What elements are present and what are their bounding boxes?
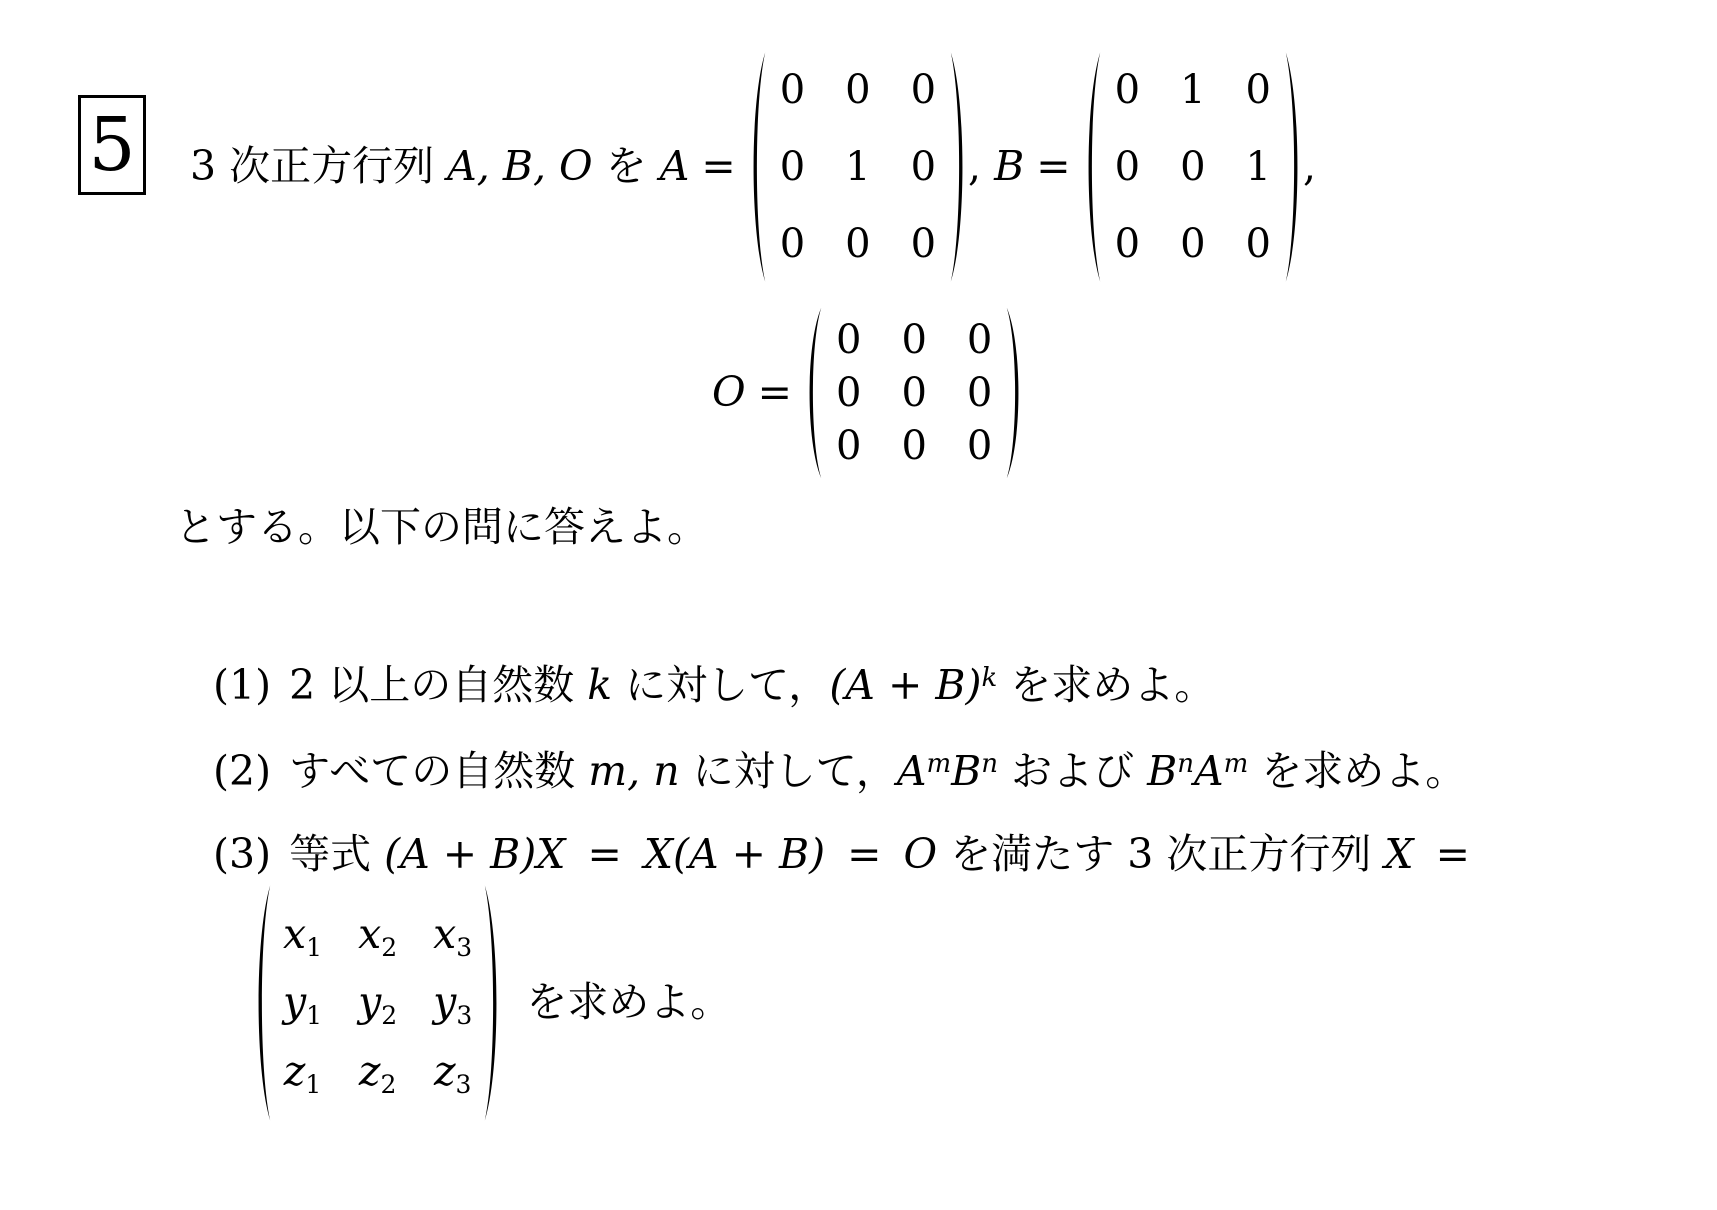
matrix-o-entries: 000000000 [824,306,1004,480]
definition-line: 3 次正方行列 A, B, O を A=000010000, B=0100010… [190,50,1316,284]
question-2-text: および [998,747,1147,795]
paren-right [482,883,502,1123]
intro-particle: を [593,141,660,192]
question-2: (2)すべての自然数 m, n に対して，AmBn および BnAm を求めよ。 [213,746,1466,797]
equals-sign: = [1036,141,1070,192]
var-b: B [1147,747,1177,795]
question-2-text: すべての自然数 [289,747,588,795]
matrix-cell: 0 [836,373,861,413]
entry-subscript: 1 [305,1070,321,1099]
expr-ab-x: (A + B)X [384,830,565,878]
matrix-cell: 0 [836,320,861,360]
matrix-cell: 0 [967,320,992,360]
matrix-cell: 0 [1115,70,1140,110]
matrix-cell: 0 [911,147,936,187]
entry-subscript: 3 [456,933,472,962]
x-matrix-tail-text: を求めよ。 [526,977,731,1028]
matrix-cell: 0 [901,426,926,466]
entry-base: x [283,910,306,958]
vars-m-n: m, n [588,747,679,795]
paren-left [253,883,273,1123]
matrix-o-name: O [712,367,746,418]
paren-left [1083,50,1103,284]
matrix-b: 010001000 [1083,50,1303,284]
matrix-cell: 0 [1180,224,1205,264]
matrix-cell: 0 [1115,147,1140,187]
entry-base: x [433,910,456,958]
entry-subscript: 3 [456,1070,472,1099]
entry-subscript: 2 [380,1070,396,1099]
var-a: A [1194,747,1224,795]
matrix-b-entries: 010001000 [1103,50,1283,284]
matrix-a-name: A [660,141,690,192]
matrix-o: 000000000 [804,306,1024,480]
equals-sign: = [758,367,792,418]
entry-subscript: 1 [306,1001,322,1030]
question-1-label: (1) [213,661,271,709]
entry-base: z [284,1047,306,1095]
question-2-text: に対して， [680,747,897,795]
var-x: X [1384,830,1413,878]
closing-sentence: とする。以下の問に答えよ。 [175,502,708,553]
intro-variables: A, B, O [447,141,592,192]
matrix-cell: 0 [967,426,992,466]
matrix-cell: 1 [1246,147,1271,187]
x-matrix-block: x1x2x3y1y2y3z1z2z3を求めよ。 [253,883,731,1123]
exponent-k: k [981,663,997,693]
matrix-cell: 0 [780,147,805,187]
paren-right [1283,50,1303,284]
expr-x-ab: X(A + B) [644,830,825,878]
matrix-cell: y3 [433,977,472,1028]
matrix-cell: 0 [911,224,936,264]
equals-sign: = [701,141,735,192]
question-3-text: 等式 [289,830,384,878]
question-1: (1)2 以上の自然数 k に対して，(A + B)k を求めよ。 [213,660,1215,711]
question-1-text: を求めよ。 [997,661,1215,709]
equals-sign: = [587,830,621,878]
matrix-cell: 0 [1180,147,1205,187]
matrix-cell: 0 [845,224,870,264]
equals-sign: = [847,830,881,878]
entry-base: x [358,910,381,958]
separator-comma: , [968,141,994,192]
matrix-cell: x2 [358,909,397,960]
problem-number-box: 5 [78,95,146,195]
matrix-cell: 0 [845,70,870,110]
matrix-cell: 0 [780,70,805,110]
entry-subscript: 2 [381,1001,397,1030]
o-definition-line: O=000000000 [712,306,1024,480]
question-3: (3)等式 (A + B)X=X(A + B)=O を満たす 3 次正方行列 X… [213,829,1492,880]
matrix-cell: x1 [283,909,322,960]
matrix-cell: 1 [1180,70,1205,110]
matrix-cell: z3 [434,1046,472,1097]
matrix-cell: 0 [780,224,805,264]
expr-a-plus-b: (A + B) [829,661,981,709]
matrix-cell: 0 [967,373,992,413]
question-3-label: (3) [213,830,271,878]
entry-base: z [434,1047,456,1095]
entry-base: y [283,978,306,1026]
matrix-a-entries: 000010000 [768,50,948,284]
matrix-cell: y2 [358,977,397,1028]
matrix-cell: x3 [433,909,472,960]
question-1-text: 2 以上の自然数 [289,661,587,709]
question-2-label: (2) [213,747,271,795]
paren-left [748,50,768,284]
entry-subscript: 3 [456,1001,472,1030]
question-1-text: に対して， [612,661,829,709]
paren-right [948,50,968,284]
matrix-b-name: B [994,141,1024,192]
var-k: k [587,661,612,709]
problem-number: 5 [88,102,135,188]
entry-subscript: 1 [306,933,322,962]
equals-sign: = [1436,830,1470,878]
exponent-n: n [981,749,998,779]
exponent-n: n [1177,749,1194,779]
paren-right [1004,306,1024,480]
matrix-cell: 0 [1115,224,1140,264]
matrix-cell: 0 [1246,224,1271,264]
entry-base: z [359,1047,381,1095]
matrix-cell: 0 [911,70,936,110]
entry-base: y [358,978,381,1026]
var-a: A [897,747,927,795]
matrix-cell: z1 [284,1046,322,1097]
var-o: O [904,830,938,878]
matrix-a: 000010000 [748,50,968,284]
matrix-cell: 0 [901,320,926,360]
matrix-cell: 0 [836,426,861,466]
exam-page: 5 3 次正方行列 A, B, O を A=000010000, B=01000… [0,0,1717,1210]
matrix-x-entries: x1x2x3y1y2y3z1z2z3 [273,883,482,1123]
question-3-text: を満たす 3 次正方行列 [937,830,1384,878]
matrix-cell: y1 [283,977,322,1028]
exponent-m: m [926,749,951,779]
var-b: B [951,747,981,795]
entry-base: y [433,978,456,1026]
matrix-cell: 0 [1246,70,1271,110]
matrix-cell: 0 [901,373,926,413]
intro-text: 3 次正方行列 [190,141,447,192]
exponent-m: m [1224,749,1249,779]
trailing-comma: , [1303,141,1316,192]
entry-subscript: 2 [381,933,397,962]
matrix-cell: 1 [845,147,870,187]
question-2-text: を求めよ。 [1248,747,1466,795]
matrix-cell: z2 [359,1046,397,1097]
matrix-x: x1x2x3y1y2y3z1z2z3 [253,883,502,1123]
paren-left [804,306,824,480]
